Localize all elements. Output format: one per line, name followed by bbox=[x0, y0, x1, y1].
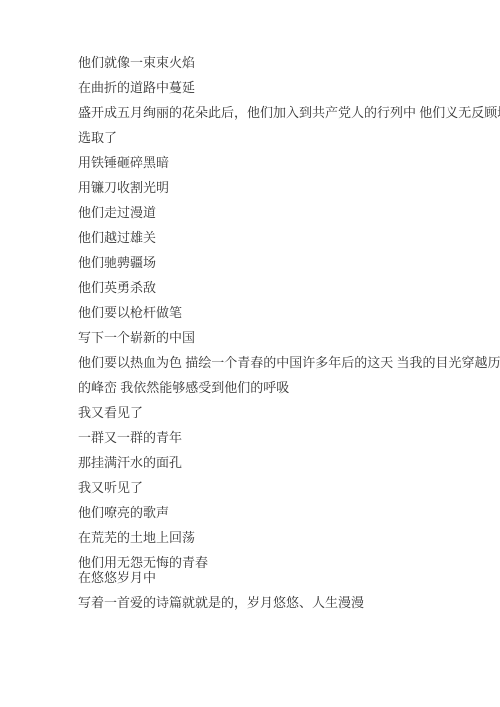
poem-line: 在悠悠岁月中 bbox=[78, 571, 480, 585]
poem-line: 他们嘹亮的歌声 bbox=[78, 506, 480, 520]
poem-line: 写下一个崭新的中国 bbox=[78, 331, 480, 345]
poem-line: 他们就像一束束火焰 bbox=[78, 56, 480, 70]
poem-line: 他们用无怨无悔的青春 bbox=[78, 556, 480, 570]
poem-line: 我又听见了 bbox=[78, 481, 480, 495]
poem-line: 在荒芜的土地上回荡 bbox=[78, 531, 480, 545]
poem-line: 那挂满汗水的面孔 bbox=[78, 456, 480, 470]
poem-line: 选取了 bbox=[78, 131, 480, 145]
document-viewport: 他们就像一束束火焰 在曲折的道路中蔓延 盛开成五月绚丽的花朵此后，他们加入到共产… bbox=[0, 0, 500, 707]
poem-line: 他们越过雄关 bbox=[78, 231, 480, 245]
poem-line: 写着一首爱的诗篇就就是的，岁月悠悠、人生漫漫 bbox=[78, 596, 480, 610]
poem-line: 他们要以热血为色 描绘一个青春的中国许多年后的这天 当我的目光穿越历史 bbox=[78, 356, 480, 370]
poem-line: 一群又一群的青年 bbox=[78, 431, 480, 445]
poem-line: 他们驰骋疆场 bbox=[78, 256, 480, 270]
poem-line: 在曲折的道路中蔓延 bbox=[78, 81, 480, 95]
poem-line: 他们要以枪杆做笔 bbox=[78, 306, 480, 320]
poem-line: 他们英勇杀敌 bbox=[78, 281, 480, 295]
poem-line: 我又看见了 bbox=[78, 406, 480, 420]
poem-line: 用镰刀收割光明 bbox=[78, 181, 480, 195]
poem-line: 盛开成五月绚丽的花朵此后，他们加入到共产党人的行列中 他们义无反顾地 bbox=[78, 106, 480, 120]
poem-line: 他们走过漫道 bbox=[78, 206, 480, 220]
poem-line: 的峰峦 我依然能够感受到他们的呼吸 bbox=[78, 381, 480, 395]
poem-line: 用铁锤砸碎黑暗 bbox=[78, 156, 480, 170]
document-page: 他们就像一束束火焰 在曲折的道路中蔓延 盛开成五月绚丽的花朵此后，他们加入到共产… bbox=[0, 0, 500, 707]
